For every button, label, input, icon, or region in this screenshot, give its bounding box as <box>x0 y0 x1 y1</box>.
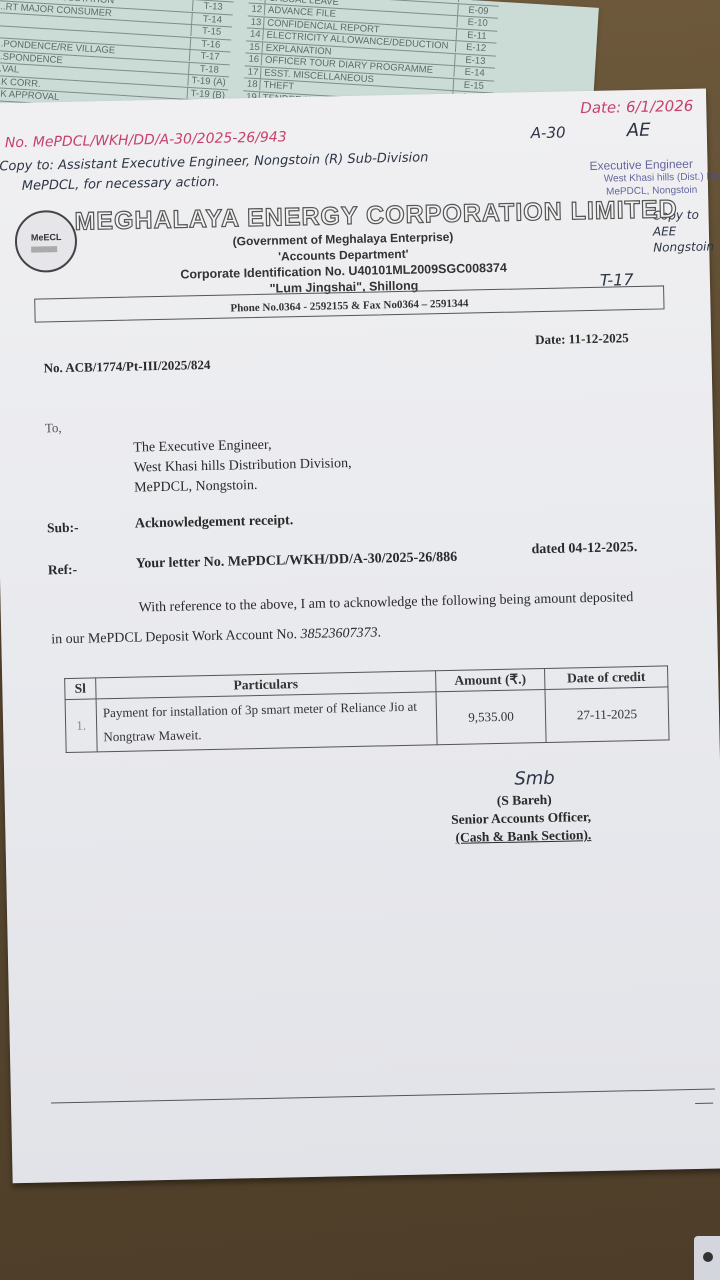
reference-text: Your letter No. MePDCL/WKH/DD/A-30/2025-… <box>136 550 458 573</box>
stamp-line-2: West Khasi hills (Dist.) Dn. <box>604 171 720 184</box>
contact-info: Phone No.0364 - 2592155 & Fax No0364 – 2… <box>230 298 468 315</box>
footer-rule <box>51 1089 715 1104</box>
index-code: T-17 <box>189 50 231 63</box>
signatory-section: (Cash & Bank Section). <box>455 827 591 846</box>
body-line-2-suffix: . <box>377 625 381 640</box>
index-number: 18 <box>243 79 261 91</box>
header-sl: Sl <box>65 678 96 700</box>
table-row: 1. Payment for installation of 3p smart … <box>65 687 669 753</box>
index-code: E-11 <box>456 29 498 42</box>
letter-date: Date: 11-12-2025 <box>535 330 629 348</box>
signatory-name: (S Bareh) <box>497 792 552 809</box>
copy-to-line-1: Copy to: Assistant Executive Engineer, N… <box>0 150 429 174</box>
initials-ae: AE <box>627 120 651 141</box>
footer-mark <box>695 1103 713 1104</box>
body-line-1: With reference to the above, I am to ack… <box>139 590 634 616</box>
addressee-block: The Executive Engineer, West Khasi hills… <box>133 434 352 499</box>
cell-sl: 1. <box>65 699 97 753</box>
stamp-line-1: Executive Engineer <box>589 157 693 173</box>
index-code: T-16 <box>190 38 232 51</box>
index-number: 14 <box>246 29 264 41</box>
contact-box: Phone No.0364 - 2592155 & Fax No0364 – 2… <box>34 285 664 322</box>
letter-document: No. MePDCL/WKH/DD/A-30/2025-26/943 Date:… <box>0 89 720 1184</box>
logo-text: MeECL <box>31 232 62 243</box>
signature-scribble: Smb <box>514 768 555 790</box>
account-number: 38523607373 <box>300 626 377 643</box>
index-code: T-18 <box>188 63 230 76</box>
index-left-column: ...RECONNECTION/LEGAL NOTICET-11...RMER … <box>0 0 235 115</box>
body-line-2: in our MePDCL Deposit Work Account No. 3… <box>51 625 381 648</box>
index-number: 13 <box>247 16 265 28</box>
index-code: E-13 <box>454 54 496 67</box>
deposit-table: Sl Particulars Amount (₹.) Date of credi… <box>64 665 669 753</box>
clip-hole <box>703 1252 713 1262</box>
binder-clip <box>694 1236 720 1280</box>
copy-to-line-2: MePDCL, for necessary action. <box>22 175 220 194</box>
index-code: T-13 <box>192 0 234 13</box>
letter-number: No. ACB/1774/Pt-III/2025/824 <box>43 357 210 376</box>
cell-amount: 9,535.00 <box>436 690 546 745</box>
index-number: 12 <box>248 4 266 16</box>
index-code: E-09 <box>457 4 499 17</box>
index-number: 15 <box>245 41 263 53</box>
index-number: 16 <box>245 54 263 66</box>
addressee-line-3: MePDCL, Nongstoin. <box>134 474 352 499</box>
index-code: E-14 <box>453 66 495 79</box>
subject-text: Acknowledgement receipt. <box>135 513 294 532</box>
header-date: Date of credit <box>545 666 668 690</box>
index-number: 17 <box>244 66 262 78</box>
signatory-designation: Senior Accounts Officer, <box>451 809 591 828</box>
reference-label: Ref:- <box>48 562 78 579</box>
index-code: E-10 <box>456 16 498 29</box>
company-logo: MeECL <box>14 210 77 273</box>
cell-particulars: Payment for installation of 3p smart met… <box>96 692 437 752</box>
forward-number: No. MePDCL/WKH/DD/A-30/2025-26/943 <box>5 129 287 151</box>
header-amount: Amount (₹.) <box>436 669 545 692</box>
logo-mark <box>31 246 57 253</box>
subject-label: Sub:- <box>47 520 79 537</box>
cell-date: 27-11-2025 <box>545 687 669 743</box>
index-code: E-12 <box>455 41 497 54</box>
index-code: T-14 <box>191 13 233 26</box>
index-code: T-19 (A) <box>187 75 229 88</box>
reference-date: dated 04-12-2025. <box>531 540 637 558</box>
to-label: To, <box>45 420 62 436</box>
index-code: T-15 <box>190 25 232 38</box>
forward-date: Date: 6/1/2026 <box>580 97 693 117</box>
index-code: E-15 <box>453 79 495 92</box>
body-line-2-prefix: in our MePDCL Deposit Work Account No. <box>51 627 301 647</box>
file-ref-note: A-30 <box>531 123 566 142</box>
